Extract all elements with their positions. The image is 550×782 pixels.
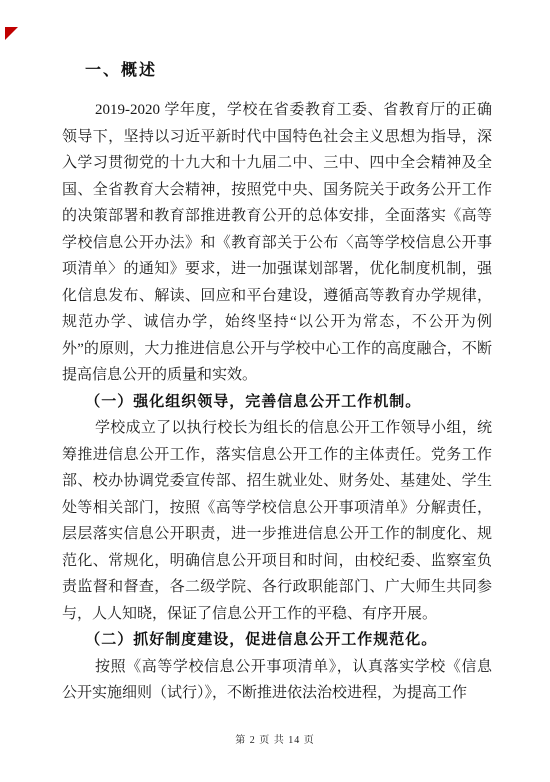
subsection-2-heading: （二）抓好制度建设，促进信息公开工作规范化。 (62, 627, 492, 654)
red-corner-marker-icon (5, 27, 18, 40)
section-heading: 一、概述 (62, 58, 492, 84)
page-footer: 第 2 页 共 14 页 (0, 731, 550, 746)
subsection-1-heading: （一）强化组织领导，完善信息公开工作机制。 (62, 389, 492, 416)
subsection-1-paragraph: 学校成立了以执行校长为组长的信息公开工作领导小组，统筹推进信息公开工作，落实信息… (62, 415, 492, 627)
document-body: 一、概述 2019-2020 学年度，学校在省委教育工委、省教育厅的正确领导下，… (62, 58, 492, 707)
subsection-2-paragraph: 按照《高等学校信息公开事项清单》，认真落实学校《信息公开实施细则（试行）》，不断… (62, 654, 492, 707)
page-number-indicator: 第 2 页 共 14 页 (235, 735, 315, 746)
document-page: 一、概述 2019-2020 学年度，学校在省委教育工委、省教育厅的正确领导下，… (0, 0, 550, 782)
intro-paragraph: 2019-2020 学年度，学校在省委教育工委、省教育厅的正确领导下，坚持以习近… (62, 97, 492, 389)
